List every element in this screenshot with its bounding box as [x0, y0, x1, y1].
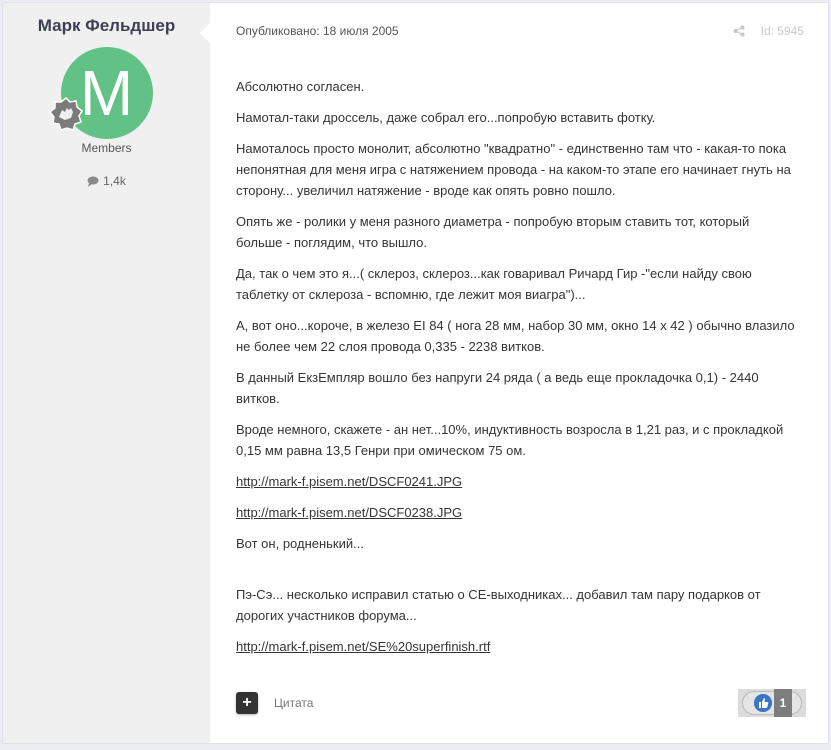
post-meta: Опубликовано: 18 июля 2005 Id: 5945: [218, 3, 798, 59]
paragraph: Вот он, родненький...: [236, 533, 798, 554]
author-panel: Марк Фельдшер M Members 1,4k: [3, 3, 210, 743]
post-body: Абсолютно согласен. Намотал-таки дроссел…: [236, 76, 798, 657]
share-icon[interactable]: [733, 25, 745, 37]
photo-link-1[interactable]: http://mark-f.pisem.net/DSCF0241.JPG: [236, 474, 462, 489]
paragraph: Абсолютно согласен.: [236, 76, 798, 97]
quote-button[interactable]: Цитата: [274, 696, 313, 710]
panel-arrow: [200, 23, 210, 43]
ps-paragraph: Пэ-Сэ... несколько исправил статью о СЕ-…: [236, 584, 798, 626]
handshake-badge-icon: [49, 97, 83, 131]
post-count[interactable]: 1,4k: [3, 174, 210, 188]
avatar-wrap: M: [61, 47, 153, 139]
paragraph: Намоталось просто монолит, абсолютно "кв…: [236, 138, 798, 201]
article-link[interactable]: http://mark-f.pisem.net/SE%20superfinish…: [236, 639, 490, 654]
post-id[interactable]: Id: 5945: [761, 24, 804, 38]
thumbs-up-icon: [754, 694, 772, 712]
paragraph: В данный ЕкзЕмпляр вошло без напруги 24 …: [236, 367, 798, 409]
paragraph: Намотал-таки дроссель, даже собрал его..…: [236, 107, 798, 128]
post-count-value: 1,4k: [103, 174, 126, 188]
photo-link-2[interactable]: http://mark-f.pisem.net/DSCF0238.JPG: [236, 505, 462, 520]
published-date[interactable]: Опубликовано: 18 июля 2005: [236, 24, 399, 38]
paragraph: Опять же - ролики у меня разного диаметр…: [236, 211, 798, 253]
paragraph: Вроде немного, скажете - ан нет...10%, и…: [236, 419, 798, 461]
post-footer: + Цитата 1: [236, 689, 802, 717]
post-content: Опубликовано: 18 июля 2005 Id: 5945 Абсо…: [210, 3, 828, 743]
multiquote-plus-button[interactable]: +: [236, 692, 258, 714]
paragraph: Да, так о чем это я...( склероз, склероз…: [236, 263, 798, 305]
reaction-button[interactable]: 1: [738, 689, 806, 717]
reaction-count: 1: [774, 689, 792, 717]
paragraph: А, вот оно...короче, в железо EI 84 ( но…: [236, 315, 798, 357]
author-name[interactable]: Марк Фельдшер: [3, 16, 210, 36]
reaction-pill: [742, 691, 802, 715]
speech-bubble-icon: [87, 176, 99, 187]
forum-post: Марк Фельдшер M Members 1,4k Опубликован…: [2, 2, 829, 744]
member-group: Members: [3, 141, 210, 155]
plus-icon: +: [242, 694, 251, 711]
